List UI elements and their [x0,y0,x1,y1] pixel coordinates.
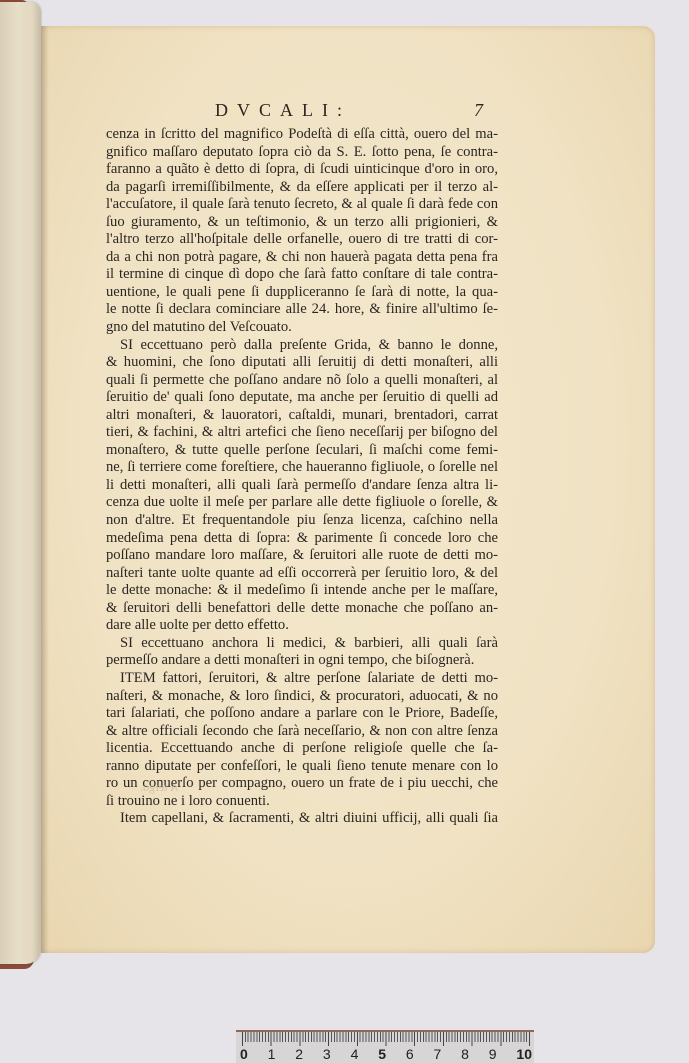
show-through-text: A tergo. [140,780,178,795]
ruler-label: 9 [489,1046,497,1063]
paragraph-start-line: SI eccettuano però dalla preſente Grida,… [106,337,498,355]
paragraph-start-line: ITEM fattori, ſeruitori, & altre perſone… [106,670,498,688]
ruler-label: 6 [406,1046,414,1063]
text-line: naſteri, & monache, & loro ſindici, & pr… [106,688,498,706]
text-line: l'accuſatore, il quale ſarà tenuto ſecre… [106,196,498,214]
paragraph-start-line: SI eccettuano anchora li medici, & barbi… [106,635,498,653]
text-line: ſeruitio de' quali ſono deputate, ma anc… [106,389,498,407]
ruler-label: 2 [295,1046,303,1063]
ruler-labels: 0 1 2 3 4 5 6 7 8 9 10 [236,1046,534,1063]
ruler-label: 3 [323,1046,331,1063]
text-line: gno del matutino del Veſcouato. [106,319,498,337]
text-line: tieri, & fachini, & altri artefici che ſ… [106,424,498,442]
page-header: DVCALI: 7 [105,100,493,124]
text-line: altri monaſteri, & lauoratori, caſtaldi,… [106,407,498,425]
text-line: & ſeruitori delli benefattori delle dett… [106,600,498,618]
page-gutter-shadow [41,26,49,953]
text-line: monaſtero, & tutte quelle perſone ſecula… [106,442,498,460]
text-line: faranno a quãto è detto di ſopra, di ſcu… [106,161,498,179]
ruler-label: 0 [240,1046,248,1063]
text-line: gnifico maſſaro deputato ſopra ciò da S.… [106,144,498,162]
text-line: cenza in ſcritto del magnifico Podeſtà d… [106,126,498,144]
text-line: tari ſalariati, che poſſono andare a par… [106,705,498,723]
body-text: cenza in ſcritto del magnifico Podeſtà d… [106,126,498,828]
ruler-label: 4 [351,1046,359,1063]
text-line: poſſano mandare loro maſſare, & ſeruitor… [106,547,498,565]
text-line: dare alle uolte per detto effetto. [106,617,498,635]
text-line: da pagarſi irremiſſibilmente, & da eſſer… [106,179,498,197]
text-line: ſuo giuramento, & un teſtimonio, & un te… [106,214,498,232]
text-line: & huomini, che ſono diputati alli ſeruit… [106,354,498,372]
paragraph-start-line: Item capellani, & ſacramenti, & altri di… [106,810,498,828]
ruler-label: 10 [516,1046,532,1063]
text-line: & altre officiali ſecondo che ſarà neceſ… [106,723,498,741]
ruler-label: 1 [268,1046,276,1063]
text-line: da a chi non potrà pagare, & chi non hau… [106,249,498,267]
text-line: ranno diputate per confeſſori, le quali … [106,758,498,776]
ruler-label: 5 [378,1046,386,1063]
left-page-edge [0,2,40,964]
scale-ruler: 0 1 2 3 4 5 6 7 8 9 10 [236,1030,534,1063]
text-line: naſteri tante uolte quante ad eſſi occor… [106,565,498,583]
text-line: medeſima pena detta di ſopra: & pariment… [106,530,498,548]
text-line: l'altro terzo all'hoſpitale delle orfane… [106,231,498,249]
text-line: ne, ſi terriere come foreſtiere, che hau… [106,459,498,477]
text-line: permeſſo andare a detti monaſteri in ogn… [106,652,498,670]
text-line: non d'altre. Et frequentandole piu ſenza… [106,512,498,530]
text-line: licentia. Eccettuando anche di perſone r… [106,740,498,758]
running-head: DVCALI: [215,100,351,121]
ruler-label: 7 [433,1046,441,1063]
text-line: uentione, le quali pene ſi duppliceranno… [106,284,498,302]
page-number: 7 [474,100,483,121]
ruler-label: 8 [461,1046,469,1063]
text-line: il termine di cinque dì dopo che ſarà fa… [106,266,498,284]
ruler-major-ticks [242,1032,530,1046]
text-line: quali ſi permette che poſſano andare nõ … [106,372,498,390]
text-line: li detti monaſteri, alli quali ſarà perm… [106,477,498,495]
text-line: ſi trouino ne i loro conuenti. [106,793,498,811]
text-line: le dette monache: & il medeſimo ſi inten… [106,582,498,600]
text-line: le notte ſi declara cominciare alle 24. … [106,301,498,319]
text-line: cenza due uolte il meſe per parlare alle… [106,494,498,512]
